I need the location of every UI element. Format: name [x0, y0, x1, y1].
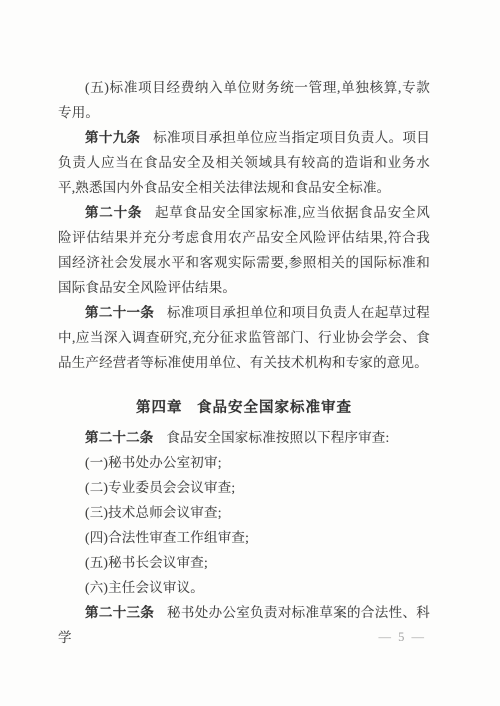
review-step-4: (四)合法性审查工作组审查; [58, 525, 430, 550]
review-step-text: (二)专业委员会会议审查; [85, 480, 235, 495]
paragraph-article-23: 第二十三条秘书处办公室负责对标准草案的合法性、科学 [58, 600, 430, 650]
review-step-text: (一)秘书处办公室初审; [85, 455, 222, 470]
article-20-label: 第二十条 [85, 205, 142, 220]
article-22-label: 第二十二条 [85, 430, 154, 445]
review-step-6: (六)主任会议审议。 [58, 575, 430, 600]
article-23-label: 第二十三条 [85, 605, 154, 620]
review-step-1: (一)秘书处办公室初审; [58, 450, 430, 475]
chapter-4-title: 食品安全国家标准审查 [197, 400, 352, 416]
paragraph-text: (五)标准项目经费纳入单位财务统一管理,单独核算,专款专用。 [58, 80, 430, 120]
paragraph-item-5-continued: (五)标准项目经费纳入单位财务统一管理,单独核算,专款专用。 [58, 75, 430, 125]
review-step-2: (二)专业委员会会议审查; [58, 475, 430, 500]
chapter-4-heading: 第四章食品安全国家标准审查 [58, 396, 430, 421]
review-step-5: (五)秘书长会议审查; [58, 550, 430, 575]
chapter-4-number: 第四章 [136, 400, 183, 416]
document-page: (五)标准项目经费纳入单位财务统一管理,单独核算,专款专用。 第十九条标准项目承… [0, 0, 500, 706]
review-step-text: (六)主任会议审议。 [85, 580, 204, 595]
review-step-text: (五)秘书长会议审查; [85, 555, 208, 570]
paragraph-article-20: 第二十条起草食品安全国家标准,应当依据食品安全风险评估结果并充分考虑食用农产品安… [58, 200, 430, 300]
document-body: (五)标准项目经费纳入单位财务统一管理,单独核算,专款专用。 第十九条标准项目承… [58, 75, 430, 650]
review-step-text: (三)技术总师会议审查; [85, 505, 222, 520]
review-step-3: (三)技术总师会议审查; [58, 500, 430, 525]
article-22-text: 食品安全国家标准按照以下程序审查: [166, 430, 389, 445]
paragraph-article-22: 第二十二条食品安全国家标准按照以下程序审查: [58, 425, 430, 450]
review-step-text: (四)合法性审查工作组审查; [85, 530, 249, 545]
paragraph-article-21: 第二十一条标准项目承担单位和项目负责人在起草过程中,应当深入调查研究,充分征求监… [58, 300, 430, 375]
article-19-label: 第十九条 [85, 130, 140, 145]
article-21-label: 第二十一条 [85, 305, 154, 320]
page-number: — 5 — [379, 628, 427, 646]
paragraph-article-19: 第十九条标准项目承担单位应当指定项目负责人。项目负责人应当在食品安全及相关领域具… [58, 125, 430, 200]
